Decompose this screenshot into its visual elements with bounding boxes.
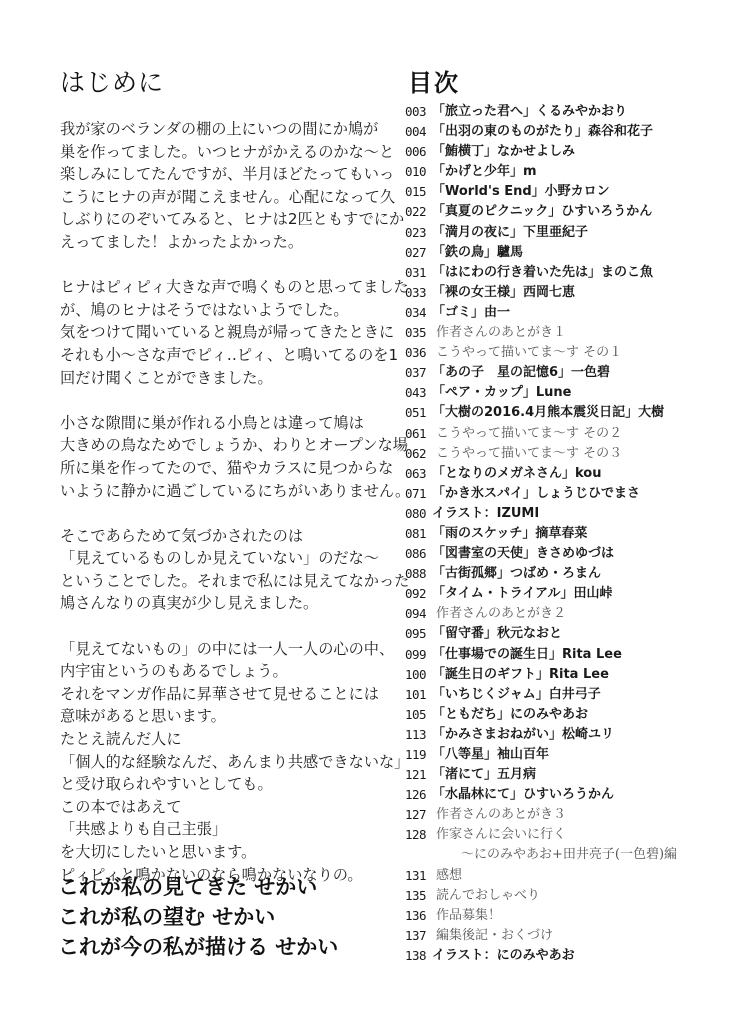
toc-entry-title: 作家さんに会いに行く～にのみやあお+田井亮子(一色碧)編 — [432, 825, 677, 865]
toc-page-number: 034 — [405, 303, 432, 323]
closing-statement: これが私の見てきた せかい これが私の望む せかい これが今の私が描ける せかい — [58, 872, 388, 962]
toc-entry: 088「古街孤郷」つばめ・ろまん — [405, 564, 730, 584]
toc-entry-title: 作者さんのあとがき２ — [432, 604, 566, 624]
intro-line: 内宇宙というのもあるでしょう。 — [60, 660, 390, 683]
toc-entry-title: 作者さんのあとがき１ — [432, 323, 566, 343]
intro-line: 気をつけて聞いていると親鳥が帰ってきたときに — [60, 321, 390, 344]
toc-entry-title: イラスト：にのみやあお — [432, 946, 575, 966]
toc-entry: 081「雨のスケッチ」摘草春菜 — [405, 524, 730, 544]
toc-entry-title: 「となりのメガネさん」kou — [432, 464, 601, 484]
toc-page-number: 033 — [405, 283, 432, 303]
toc-entry: 113「かみさまおねがい」松崎ユリ — [405, 725, 730, 745]
toc-entry: 035作者さんのあとがき１ — [405, 323, 730, 343]
toc-page-number: 121 — [405, 765, 432, 785]
toc-entry: 094作者さんのあとがき２ — [405, 604, 730, 624]
toc-entry-title: 「ペア・カップ」Lune — [432, 383, 571, 403]
intro-line: 我が家のベランダの棚の上にいつの間にか鳩が — [60, 118, 390, 141]
toc-entry-title: 「大樹の2016.4月熊本震災日記」大樹 — [432, 403, 664, 423]
toc-page-number: 010 — [405, 162, 432, 182]
toc-entry-title: 「古街孤郷」つばめ・ろまん — [432, 564, 601, 584]
toc-entry: 036こうやって描いてま～す その１ — [405, 343, 730, 363]
toc-list: 003「旅立った君へ」くるみやかおり004「出羽の東のものがたり」森谷和花子00… — [405, 102, 730, 966]
toc-entry: 137編集後記・おくづけ — [405, 926, 730, 946]
intro-line: 大きめの鳥なためでしょうか、わりとオープンな場 — [60, 434, 390, 457]
toc-page-number: 063 — [405, 464, 432, 484]
intro-line: それも小～さな声でピィ‥ピィ、と鳴いてるのを1 — [60, 344, 390, 367]
intro-line: それをマンガ作品に昇華させて見せることには — [60, 683, 390, 706]
intro-line: 所に巣を作ってたので、猫やカラスに見つからな — [60, 457, 390, 480]
intro-line: こうにヒナの声が聞こえません。心配になって久 — [60, 186, 390, 209]
toc-page-number: 095 — [405, 624, 432, 644]
toc-entry-title: 「誕生日のギフト」Rita Lee — [432, 665, 609, 685]
toc-entry-title: 「かみさまおねがい」松崎ユリ — [432, 725, 614, 745]
toc-entry: 023「満月の夜に」下里亜紀子 — [405, 223, 730, 243]
toc-page-number: 027 — [405, 243, 432, 263]
toc-page-number: 015 — [405, 182, 432, 202]
toc-entry: 080イラスト：IZUMI — [405, 504, 730, 524]
toc-page-number: 023 — [405, 223, 432, 243]
toc-entry: 062こうやって描いてま～す その３ — [405, 444, 730, 464]
toc-entry: 015「World's End」小野カロン — [405, 182, 730, 202]
toc-entry-title: 作品募集！ — [432, 906, 501, 926]
intro-line: 「見えてないもの」の中には一人一人の心の中、 — [60, 638, 390, 661]
table-of-contents: 目次 003「旅立った君へ」くるみやかおり004「出羽の東のものがたり」森谷和花… — [405, 66, 725, 100]
toc-page-number: 105 — [405, 705, 432, 725]
toc-entry: 031「はにわの行き着いた先は」まのこ魚 — [405, 263, 730, 283]
toc-page-number: 086 — [405, 544, 432, 564]
toc-entry-title: こうやって描いてま～す その２ — [432, 424, 622, 444]
introduction-title: はじめに — [60, 66, 380, 100]
intro-line: えってました！よかったよかった。 — [60, 231, 390, 254]
intro-line: 「見えているものしか見えていない」のだな～ — [60, 547, 390, 570]
toc-page-number: 081 — [405, 524, 432, 544]
toc-entry-title: 「World's End」小野カロン — [432, 182, 610, 202]
toc-page-number: 080 — [405, 504, 432, 524]
toc-entry-title: 「旅立った君へ」くるみやかおり — [432, 102, 627, 122]
toc-entry: 003「旅立った君へ」くるみやかおり — [405, 102, 730, 122]
intro-line: を大切にしたいと思います。 — [60, 841, 390, 864]
intro-line: ヒナはピィピィ大きな声で鳴くものと思ってました — [60, 276, 390, 299]
toc-entry: 099「仕事場での誕生日」Rita Lee — [405, 645, 730, 665]
toc-entry-title: 「ゴミ」由一 — [432, 303, 510, 323]
toc-entry: 101「いちじくジャム」白井弓子 — [405, 685, 730, 705]
booklet-page: はじめに 我が家のベランダの棚の上にいつの間にか鳩が 巣を作ってました。いつヒナ… — [0, 0, 730, 1024]
introduction-body: 我が家のベランダの棚の上にいつの間にか鳩が 巣を作ってました。いつヒナがかえるの… — [60, 118, 390, 909]
toc-page-number: 094 — [405, 604, 432, 624]
intro-line: この本ではあえて — [60, 796, 390, 819]
intro-line: 「共感よりも自己主張」 — [60, 818, 390, 841]
intro-line: 小さな隙間に巣が作れる小鳥とは違って鳩は — [60, 412, 390, 435]
intro-line: たとえ読んだ人に — [60, 728, 390, 751]
toc-entry: 092「タイム・トライアル」田山峠 — [405, 584, 730, 604]
toc-page-number: 136 — [405, 906, 432, 926]
closing-line: これが私の望む せかい — [58, 902, 388, 932]
intro-line: 回だけ聞くことができました。 — [60, 367, 390, 390]
intro-line: ということでした。それまで私には見えてなかった — [60, 570, 390, 593]
toc-page-number: 031 — [405, 263, 432, 283]
intro-paragraph-5: 「見えてないもの」の中には一人一人の心の中、 内宇宙というのもあるでしょう。 そ… — [60, 638, 390, 887]
toc-entry: 119「八等星」袖山百年 — [405, 745, 730, 765]
toc-page-number: 061 — [405, 424, 432, 444]
toc-entry-title: 「いちじくジャム」白井弓子 — [432, 685, 601, 705]
intro-paragraph-3: 小さな隙間に巣が作れる小鳥とは違って鳩は 大きめの鳥なためでしょうか、わりとオー… — [60, 412, 390, 502]
intro-line: しぶりにのぞいてみると、ヒナは2匹ともすでにか — [60, 208, 390, 231]
toc-page-number: 119 — [405, 745, 432, 765]
toc-entry-title: 「あの子 星の記憶6」一色碧 — [432, 363, 610, 383]
toc-entry: 006「鮪横丁」なかせよしみ — [405, 142, 730, 162]
toc-page-number: 135 — [405, 886, 432, 906]
toc-page-number: 022 — [405, 202, 432, 222]
toc-entry-title: 「鮪横丁」なかせよしみ — [432, 142, 575, 162]
toc-entry-title: 「ともだち」にのみやあお — [432, 705, 588, 725]
toc-entry-title: 「かげと少年」m — [432, 162, 537, 182]
toc-entry: 086「図書室の天使」きさめゆづは — [405, 544, 730, 564]
toc-entry-title: 「渚にて」五月病 — [432, 765, 536, 785]
toc-entry-title: 「図書室の天使」きさめゆづは — [432, 544, 614, 564]
intro-line: 楽しみにしてたんですが、半月ほどたってもいっ — [60, 163, 390, 186]
toc-entry: 037「あの子 星の記憶6」一色碧 — [405, 363, 730, 383]
toc-page-number: 099 — [405, 645, 432, 665]
toc-page-number: 062 — [405, 444, 432, 464]
toc-entry-title: イラスト：IZUMI — [432, 504, 539, 524]
toc-entry: 033「裸の女王様」西岡七恵 — [405, 283, 730, 303]
toc-entry-title: 「留守番」秋元なおと — [432, 624, 562, 644]
toc-entry: 027「鉄の鳥」驢馬 — [405, 243, 730, 263]
toc-entry-title: 「かき氷スパイ」しょうじひでまさ — [432, 484, 640, 504]
toc-page-number: 127 — [405, 805, 432, 825]
toc-entry-title: 「タイム・トライアル」田山峠 — [432, 584, 612, 604]
toc-entry: 131感想 — [405, 866, 730, 886]
toc-page-number: 043 — [405, 383, 432, 403]
toc-entry-title: 「真夏のピクニック」ひすいろうかん — [432, 202, 652, 222]
toc-entry-title: 「出羽の東のものがたり」森谷和花子 — [432, 122, 653, 142]
toc-page-number: 088 — [405, 564, 432, 584]
toc-page-number: 006 — [405, 142, 432, 162]
toc-page-number: 100 — [405, 665, 432, 685]
intro-line: 鳩さんなりの真実が少し見えました。 — [60, 592, 390, 615]
toc-page-number: 051 — [405, 403, 432, 423]
toc-page-number: 003 — [405, 102, 432, 122]
toc-entry-title: 読んでおしゃべり — [432, 886, 540, 906]
toc-page-number: 126 — [405, 785, 432, 805]
introduction-section: はじめに 我が家のベランダの棚の上にいつの間にか鳩が 巣を作ってました。いつヒナ… — [60, 66, 380, 100]
toc-entry-title: 「水晶林にて」ひすいろうかん — [432, 785, 614, 805]
intro-paragraph-1: 我が家のベランダの棚の上にいつの間にか鳩が 巣を作ってました。いつヒナがかえるの… — [60, 118, 390, 254]
toc-page-number: 035 — [405, 323, 432, 343]
toc-page-number: 036 — [405, 343, 432, 363]
toc-entry: 121「渚にて」五月病 — [405, 765, 730, 785]
toc-entry-title: 「鉄の鳥」驢馬 — [432, 243, 523, 263]
intro-line: 意味があると思います。 — [60, 705, 390, 728]
intro-paragraph-2: ヒナはピィピィ大きな声で鳴くものと思ってました が、鳩のヒナはそうではないようで… — [60, 276, 390, 389]
toc-entry: 071「かき氷スパイ」しょうじひでまさ — [405, 484, 730, 504]
toc-page-number: 137 — [405, 926, 432, 946]
toc-entry: 100「誕生日のギフト」Rita Lee — [405, 665, 730, 685]
toc-entry-title: 「裸の女王様」西岡七恵 — [432, 283, 575, 303]
toc-page-number: 101 — [405, 685, 432, 705]
toc-entry-title: 「満月の夜に」下里亜紀子 — [432, 223, 588, 243]
intro-line: が、鳩のヒナはそうではないようでした。 — [60, 299, 390, 322]
toc-entry: 135読んでおしゃべり — [405, 886, 730, 906]
closing-line: これが私の見てきた せかい — [58, 872, 388, 902]
intro-line: と受け取られやすいとしても。 — [60, 773, 390, 796]
toc-entry-subtitle: ～にのみやあお+田井亮子(一色碧)編 — [436, 845, 677, 865]
toc-entry: 127作者さんのあとがき３ — [405, 805, 730, 825]
toc-entry-title: 「はにわの行き着いた先は」まのこ魚 — [432, 263, 653, 283]
toc-entry-title: こうやって描いてま～す その１ — [432, 343, 622, 363]
toc-title: 目次 — [408, 66, 725, 100]
toc-entry-title-main: 作家さんに会いに行く — [436, 827, 566, 842]
toc-page-number: 004 — [405, 122, 432, 142]
toc-entry: 063「となりのメガネさん」kou — [405, 464, 730, 484]
toc-entry-title: 「雨のスケッチ」摘草春菜 — [432, 524, 587, 544]
toc-entry-title: こうやって描いてま～す その３ — [432, 444, 622, 464]
intro-line: そこであらためて気づかされたのは — [60, 525, 390, 548]
intro-line: 「個人的な経験なんだ、あんまり共感できないな」 — [60, 751, 390, 774]
toc-entry: 138イラスト：にのみやあお — [405, 946, 730, 966]
closing-line: これが今の私が描ける せかい — [58, 932, 388, 962]
toc-entry: 126「水晶林にて」ひすいろうかん — [405, 785, 730, 805]
toc-entry: 105「ともだち」にのみやあお — [405, 705, 730, 725]
toc-entry: 128作家さんに会いに行く～にのみやあお+田井亮子(一色碧)編 — [405, 825, 730, 865]
toc-page-number: 131 — [405, 866, 432, 886]
toc-entry: 004「出羽の東のものがたり」森谷和花子 — [405, 122, 730, 142]
toc-entry-title: 「八等星」袖山百年 — [432, 745, 549, 765]
toc-page-number: 113 — [405, 725, 432, 745]
toc-page-number: 092 — [405, 584, 432, 604]
toc-entry: 010「かげと少年」m — [405, 162, 730, 182]
toc-entry: 022「真夏のピクニック」ひすいろうかん — [405, 202, 730, 222]
toc-entry: 136作品募集！ — [405, 906, 730, 926]
toc-entry: 061こうやって描いてま～す その２ — [405, 424, 730, 444]
toc-entry-title: 「仕事場での誕生日」Rita Lee — [432, 645, 622, 665]
intro-line: いように静かに過ごしているにちがいありません。 — [60, 480, 390, 503]
toc-page-number: 138 — [405, 946, 432, 966]
toc-entry-title: 感想 — [432, 866, 462, 886]
toc-entry-title: 作者さんのあとがき３ — [432, 805, 566, 825]
toc-entry: 043「ペア・カップ」Lune — [405, 383, 730, 403]
toc-page-number: 037 — [405, 363, 432, 383]
toc-entry: 095「留守番」秋元なおと — [405, 624, 730, 644]
intro-paragraph-4: そこであらためて気づかされたのは 「見えているものしか見えていない」のだな～ と… — [60, 525, 390, 615]
toc-page-number: 071 — [405, 484, 432, 504]
toc-entry: 051「大樹の2016.4月熊本震災日記」大樹 — [405, 403, 730, 423]
toc-page-number: 128 — [405, 825, 432, 865]
intro-line: 巣を作ってました。いつヒナがかえるのかな～と — [60, 141, 390, 164]
toc-entry-title: 編集後記・おくづけ — [432, 926, 553, 946]
toc-entry: 034「ゴミ」由一 — [405, 303, 730, 323]
